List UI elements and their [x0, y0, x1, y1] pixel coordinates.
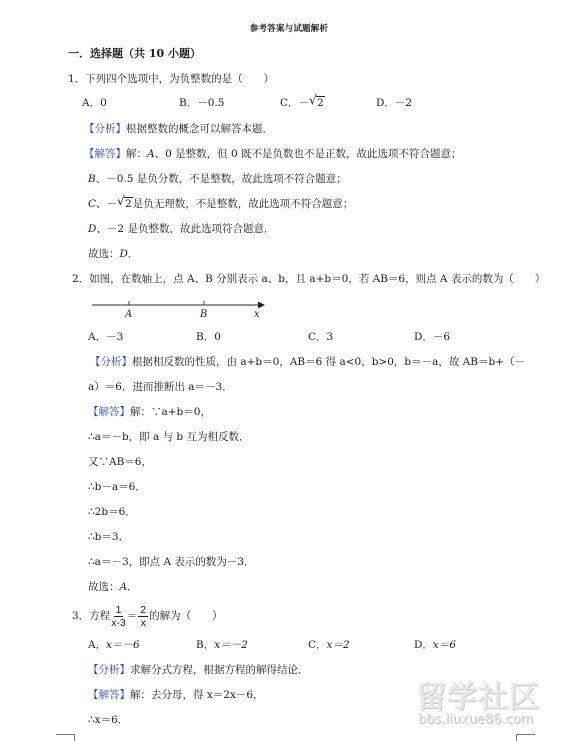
q2-solution-line-2: ∴a＝－b，即 a 与 b 互为相反数． — [88, 430, 250, 444]
q2-option-a: A．－3 — [88, 330, 123, 344]
q3-option-a: A．x＝－6 — [88, 638, 140, 652]
analysis-label: 【分析】 — [90, 356, 132, 368]
q2-solution-line-7: ∴a＝－3，即点 A 表示的数为－3． — [88, 555, 255, 569]
page-corner-mark-left — [56, 734, 75, 741]
solution-label: 【解答】 — [84, 148, 126, 160]
q2-solution-line-6: ∴b＝3． — [88, 530, 129, 544]
q2-option-b: B．0 — [196, 330, 221, 344]
watermark-logo-text: 留学社区 — [416, 672, 540, 716]
q1-option-d: D．－2 — [376, 96, 412, 110]
fraction-right: 2x — [138, 604, 148, 629]
q1-solution-line-4: D、－2 是负整数，故此选项符合题意． — [88, 222, 274, 236]
q3-solution-line-2: ∴x＝6． — [88, 713, 128, 727]
axis-x-label: x — [254, 309, 260, 320]
q2-option-d: D．－6 — [414, 330, 450, 344]
question-1-stem: 1．下列四个选项中，为负整数的是（ ） — [68, 72, 274, 86]
point-b-label: B — [199, 309, 207, 320]
sqrt-symbol: √2 — [309, 96, 325, 110]
point-a-label: A — [124, 309, 132, 320]
q2-analysis-line-2: a）＝6．进而推断出 a＝－3． — [88, 380, 233, 394]
q1-solution-line-1: 【解答】解：A、0 是整数，但 0 既不是负数也不是正数，故此选项不符合题意； — [84, 147, 461, 161]
watermark-url: bbs.liuxue86.com — [418, 712, 533, 727]
solution-label: 【解答】 — [88, 689, 130, 701]
document-page: 参考答案与试题解析 一．选择题（共 10 小题） 1．下列四个选项中，为负整数的… — [0, 0, 578, 741]
q1-option-a: A．0 — [82, 96, 107, 110]
question-2-stem: 2．如图，在数轴上，点 A、B 分别表示 a、b，且 a+b＝0，若 AB＝6，… — [72, 272, 545, 286]
q2-solution-line-1: 【解答】解：∵a+b＝0， — [88, 405, 211, 419]
solution-label: 【解答】 — [88, 406, 130, 418]
q3-option-c: C．x＝2 — [308, 638, 350, 652]
q3-analysis: 【分析】求解分式方程，根据方程的解得结论． — [88, 663, 309, 677]
q1-conclusion: 故选：D． — [88, 247, 138, 261]
analysis-label: 【分析】 — [88, 664, 130, 676]
q2-solution-line-5: ∴2b＝6． — [88, 505, 136, 519]
analysis-label: 【分析】 — [84, 123, 126, 135]
q1-solution-line-2: B、－0.5 是负分数，不是整数，故此选项不符合题意； — [88, 172, 347, 186]
q2-conclusion: 故选：A． — [88, 580, 138, 594]
q1-solution-line-3: C、－√2是负无理数，不是整数，故此选项不符合题意； — [88, 197, 353, 211]
question-3-stem: 3．方程1x-3＝2x的解为（ ） — [72, 602, 223, 630]
number-line-figure: A B x — [88, 294, 268, 322]
fraction-left: 1x-3 — [111, 604, 126, 629]
q1-option-c: C．－√2 — [280, 96, 325, 110]
q2-solution-line-4: ∴b－a＝6． — [88, 480, 146, 494]
q2-solution-line-3: 又∵AB＝6， — [88, 455, 152, 469]
q2-option-c: C．3 — [308, 330, 333, 344]
q3-option-d: D．x＝6 — [414, 638, 456, 652]
q3-solution-line-1: 【解答】解：去分母，得 x＝2x－6， — [88, 688, 264, 702]
q1-option-b: B．－0.5 — [179, 96, 224, 110]
section-heading: 一．选择题（共 10 小题） — [68, 47, 201, 61]
page-title: 参考答案与试题解析 — [0, 22, 578, 34]
watermark: 留学社区 bbs.liuxue86.com — [412, 672, 562, 738]
q2-analysis-line-1: 【分析】根据相反数的性质，由 a+b＝0，AB＝6 得 a<0，b>0，b＝－a… — [90, 355, 525, 369]
q3-option-b: B．x＝－2 — [196, 638, 248, 652]
q1-analysis: 【分析】根据整数的概念可以解答本题． — [84, 122, 273, 136]
